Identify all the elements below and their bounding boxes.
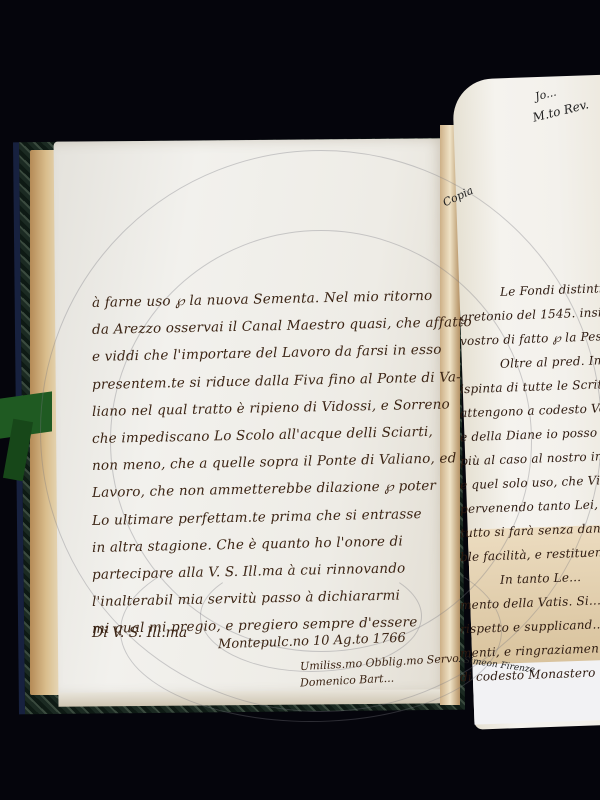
salutation-abbrev: Di V. S. Ill.ma xyxy=(92,625,187,641)
photo-scene: à farne uso ℘ la nuova Sementa. Nel mio … xyxy=(0,0,600,800)
right-page-body: Le Fondi distintis... gretonio del 1545.… xyxy=(460,278,600,686)
left-page-body: à farne uso ℘ la nuova Sementa. Nel mio … xyxy=(92,286,472,639)
